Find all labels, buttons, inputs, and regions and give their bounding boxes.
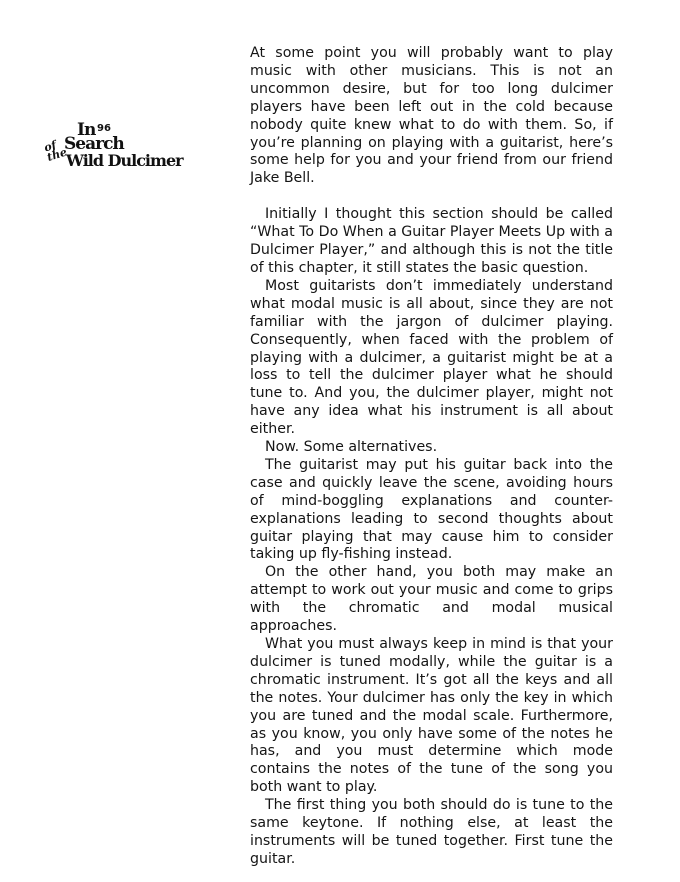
paragraph: On the other hand, you both may make an … <box>250 564 613 636</box>
book-page: In 96 of the Search Wild Dulcimer At som… <box>0 0 680 882</box>
paragraph: The first thing you both should do is tu… <box>250 797 613 869</box>
page-number: 96 <box>97 124 111 134</box>
paragraph: The guitarist may put his guitar back in… <box>250 457 613 564</box>
paragraph: Initially I thought this section should … <box>250 206 613 278</box>
paragraph: What you must always keep in mind is tha… <box>250 636 613 797</box>
paragraph-intro: At some point you will probably want to … <box>250 45 613 188</box>
body-text-column: At some point you will probably want to … <box>250 45 613 869</box>
logo-title-wild-dulcimer: Wild Dulcimer <box>66 152 183 169</box>
paragraph: Now. Some alternatives. <box>250 439 613 457</box>
paragraph: Most guitarists don’t immediately unders… <box>250 278 613 439</box>
running-head-logo: In 96 of the Search Wild Dulcimer <box>40 118 190 178</box>
